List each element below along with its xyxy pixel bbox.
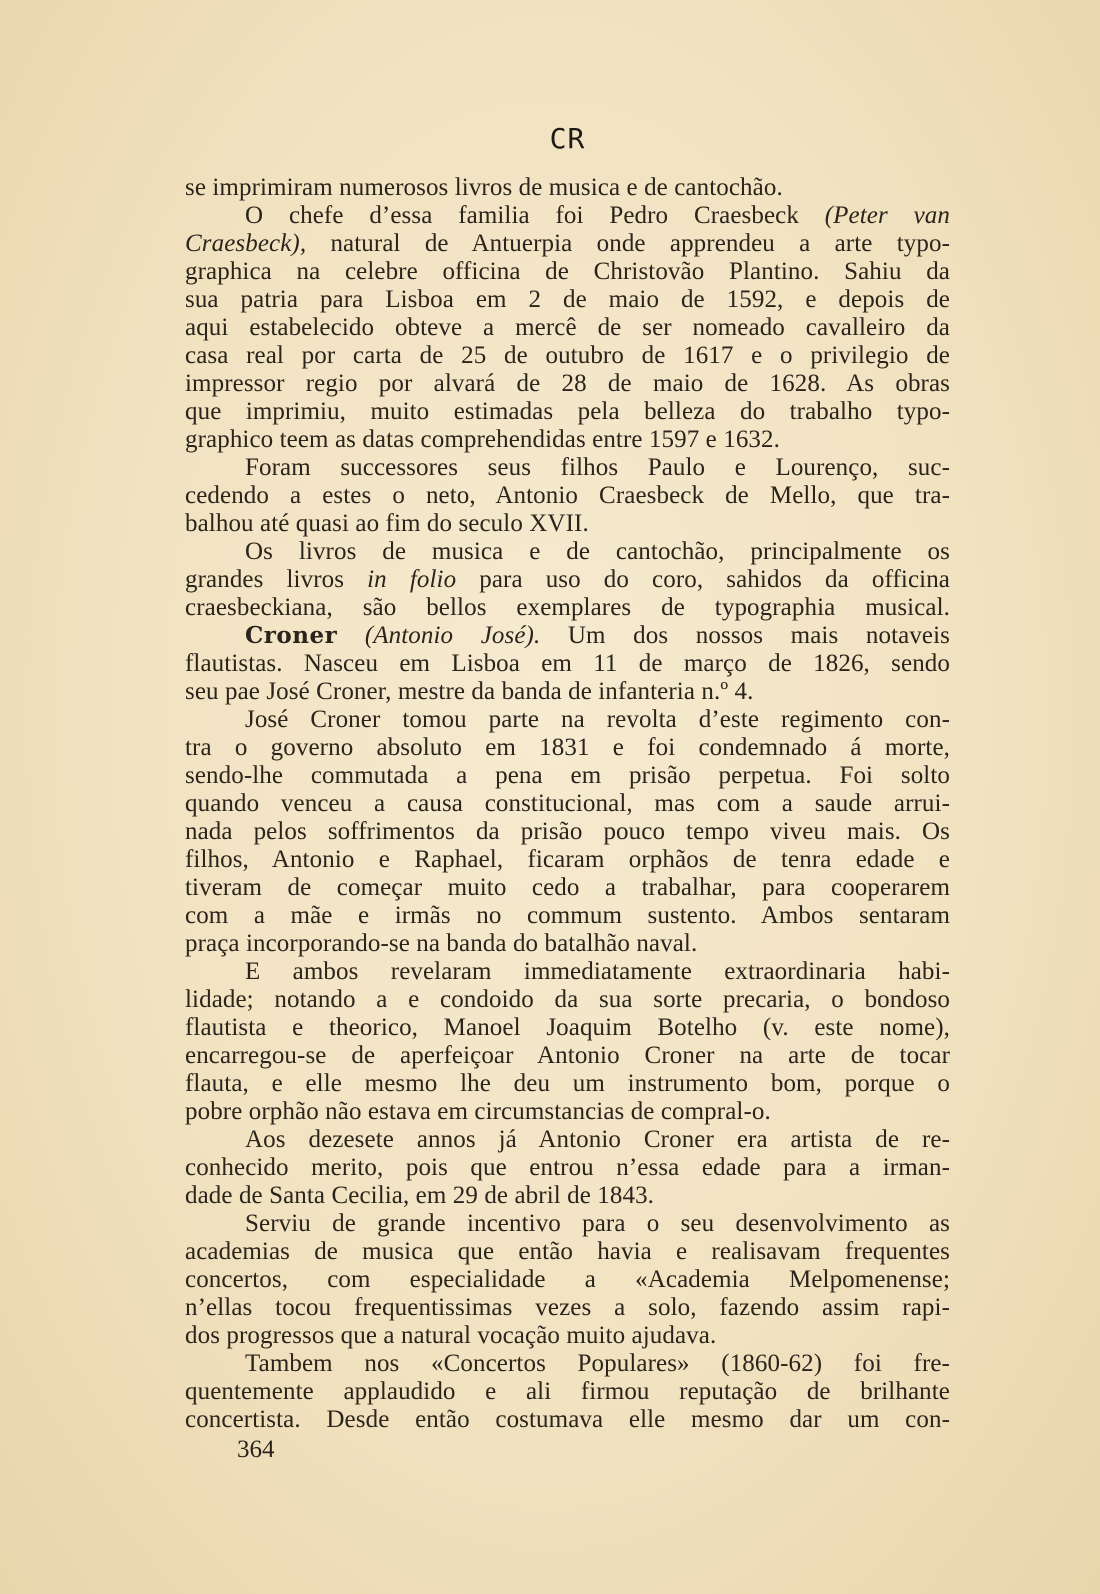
text-line: que imprimiu, muito estimadas pela belle… <box>185 398 950 426</box>
text-segment: lidade; notando a e condoido da sua sort… <box>185 986 950 1013</box>
text-line: balhou até quasi ao fim do seculo XVII. <box>185 510 950 538</box>
text-line: Serviu de grande incentivo para o seu de… <box>185 1210 950 1238</box>
text-line: flauta, e elle mesmo lhe deu um instrume… <box>185 1070 950 1098</box>
text-line: dos progressos que a natural vocação mui… <box>185 1322 950 1350</box>
text-segment: conhecido merito, pois que entrou n’essa… <box>185 1154 950 1181</box>
text-line: grandes livros in folio para uso do coro… <box>185 566 950 594</box>
text-line: quando venceu a causa constitucional, ma… <box>185 790 950 818</box>
text-segment: que imprimiu, muito estimadas pela belle… <box>185 398 950 425</box>
text-segment: grandes livros <box>185 566 367 593</box>
italic-segment: Craesbeck), <box>185 230 306 257</box>
text-segment: tiveram de começar muito cedo a trabalha… <box>185 874 950 901</box>
text-line: sua patria para Lisboa em 2 de maio de 1… <box>185 286 950 314</box>
entry-headword: Croner <box>245 622 337 649</box>
text-line: O chefe d’essa familia foi Pedro Craesbe… <box>185 202 950 230</box>
text-segment: dade de Santa Cecilia, em 29 de abril de… <box>185 1182 654 1209</box>
text-segment: Tambem nos «Concertos Populares» (1860-6… <box>245 1350 950 1377</box>
text-line: graphico teem as datas comprehendidas en… <box>185 426 950 454</box>
text-line: praça incorporando-se na banda do batalh… <box>185 930 950 958</box>
text-segment: impressor regio por alvará de 28 de maio… <box>185 370 950 397</box>
text-segment: craesbeckiana, são bellos exemplares de … <box>185 594 950 621</box>
text-segment: Os livros de musica e de cantochão, prin… <box>245 538 950 565</box>
text-line: flautista e theorico, Manoel Joaquim Bot… <box>185 1014 950 1042</box>
text-segment: pobre orphão não estava em circumstancia… <box>185 1098 771 1125</box>
italic-segment: (Peter van <box>825 202 950 229</box>
text-line: se imprimiram numerosos livros de musica… <box>185 174 950 202</box>
text-line: aqui estabelecido obteve a mercê de ser … <box>185 314 950 342</box>
text-segment: Serviu de grande incentivo para o seu de… <box>245 1210 950 1237</box>
italic-segment: in folio <box>367 566 456 593</box>
text-line: Os livros de musica e de cantochão, prin… <box>185 538 950 566</box>
text-line: Aos dezesete annos já Antonio Croner era… <box>185 1126 950 1154</box>
text-segment: dos progressos que a natural vocação mui… <box>185 1322 716 1349</box>
text-line: n’ellas tocou frequentissimas vezes a so… <box>185 1294 950 1322</box>
body-text: se imprimiram numerosos livros de musica… <box>185 174 950 1434</box>
text-line: concertos, com especialidade a «Academia… <box>185 1266 950 1294</box>
text-segment: cedendo a estes o neto, Antonio Craesbec… <box>185 482 950 509</box>
text-line: sendo-lhe commutada a pena em prisão per… <box>185 762 950 790</box>
text-line: seu pae José Croner, mestre da banda de … <box>185 678 950 706</box>
text-line: graphica na celebre officina de Christov… <box>185 258 950 286</box>
text-line: Croner (Antonio José). Um dos nossos mai… <box>185 622 950 650</box>
text-segment: Foram successores seus filhos Paulo e Lo… <box>245 454 950 481</box>
text-line: impressor regio por alvará de 28 de maio… <box>185 370 950 398</box>
text-line: tra o governo absoluto em 1831 e foi con… <box>185 734 950 762</box>
text-segment: Aos dezesete annos já Antonio Croner era… <box>245 1126 950 1153</box>
text-line: craesbeckiana, são bellos exemplares de … <box>185 594 950 622</box>
text-segment: concertista. Desde então costumava elle … <box>185 1406 950 1433</box>
text-segment: se imprimiram numerosos livros de musica… <box>185 174 783 201</box>
text-segment: aqui estabelecido obteve a mercê de ser … <box>185 314 950 341</box>
text-line: pobre orphão não estava em circumstancia… <box>185 1098 950 1126</box>
text-segment: academias de musica que então havia e re… <box>185 1238 950 1265</box>
text-segment: natural de Antuerpia onde apprendeu a ar… <box>306 230 950 257</box>
text-segment: Um dos nossos mais notaveis <box>540 622 950 649</box>
text-segment: para uso do coro, sahidos da officina <box>456 566 950 593</box>
text-line: José Croner tomou parte na revolta d’est… <box>185 706 950 734</box>
text-line: nada pelos soffrimentos da prisão pouco … <box>185 818 950 846</box>
text-segment: nada pelos soffrimentos da prisão pouco … <box>185 818 950 845</box>
text-line: flautistas. Nasceu em Lisboa em 11 de ma… <box>185 650 950 678</box>
text-line: encarregou-se de aperfeiçoar Antonio Cro… <box>185 1042 950 1070</box>
text-line: casa real por carta de 25 de outubro de … <box>185 342 950 370</box>
running-head: CR <box>185 122 950 155</box>
text-segment: E ambos revelaram immediatamente extraor… <box>245 958 950 985</box>
italic-segment: (Antonio José). <box>337 622 540 649</box>
text-segment: graphica na celebre officina de Christov… <box>185 258 950 285</box>
text-line: academias de musica que então havia e re… <box>185 1238 950 1266</box>
text-line: E ambos revelaram immediatamente extraor… <box>185 958 950 986</box>
text-segment: balhou até quasi ao fim do seculo XVII. <box>185 510 589 537</box>
text-segment: casa real por carta de 25 de outubro de … <box>185 342 950 369</box>
text-segment: flauta, e elle mesmo lhe deu um instrume… <box>185 1070 950 1097</box>
text-segment: com a mãe e irmãs no commum sustento. Am… <box>185 902 950 929</box>
text-segment: encarregou-se de aperfeiçoar Antonio Cro… <box>185 1042 950 1069</box>
text-line: quentemente applaudido e ali firmou repu… <box>185 1378 950 1406</box>
text-line: cedendo a estes o neto, Antonio Craesbec… <box>185 482 950 510</box>
text-line: Tambem nos «Concertos Populares» (1860-6… <box>185 1350 950 1378</box>
text-segment: tra o governo absoluto em 1831 e foi con… <box>185 734 950 761</box>
text-segment: O chefe d’essa familia foi Pedro Craesbe… <box>245 202 825 229</box>
text-line: lidade; notando a e condoido da sua sort… <box>185 986 950 1014</box>
text-line: filhos, Antonio e Raphael, ficaram orphã… <box>185 846 950 874</box>
text-line: tiveram de começar muito cedo a trabalha… <box>185 874 950 902</box>
text-segment: praça incorporando-se na banda do batalh… <box>185 930 697 957</box>
text-line: conhecido merito, pois que entrou n’essa… <box>185 1154 950 1182</box>
text-segment: seu pae José Croner, mestre da banda de … <box>185 678 754 705</box>
text-segment: n’ellas tocou frequentissimas vezes a so… <box>185 1294 950 1321</box>
text-segment: sendo-lhe commutada a pena em prisão per… <box>185 762 950 789</box>
text-line: concertista. Desde então costumava elle … <box>185 1406 950 1434</box>
text-line: Craesbeck), natural de Antuerpia onde ap… <box>185 230 950 258</box>
text-segment: flautista e theorico, Manoel Joaquim Bot… <box>185 1014 950 1041</box>
text-segment: graphico teem as datas comprehendidas en… <box>185 426 780 453</box>
text-line: dade de Santa Cecilia, em 29 de abril de… <box>185 1182 950 1210</box>
text-segment: filhos, Antonio e Raphael, ficaram orphã… <box>185 846 950 873</box>
text-line: com a mãe e irmãs no commum sustento. Am… <box>185 902 950 930</box>
text-segment: sua patria para Lisboa em 2 de maio de 1… <box>185 286 950 313</box>
text-segment: flautistas. Nasceu em Lisboa em 11 de ma… <box>185 650 950 677</box>
text-segment: concertos, com especialidade a «Academia… <box>185 1266 950 1293</box>
page-number: 364 <box>237 1436 275 1464</box>
text-segment: quentemente applaudido e ali firmou repu… <box>185 1378 950 1405</box>
text-segment: quando venceu a causa constitucional, ma… <box>185 790 950 817</box>
text-segment: José Croner tomou parte na revolta d’est… <box>245 706 950 733</box>
text-line: Foram successores seus filhos Paulo e Lo… <box>185 454 950 482</box>
